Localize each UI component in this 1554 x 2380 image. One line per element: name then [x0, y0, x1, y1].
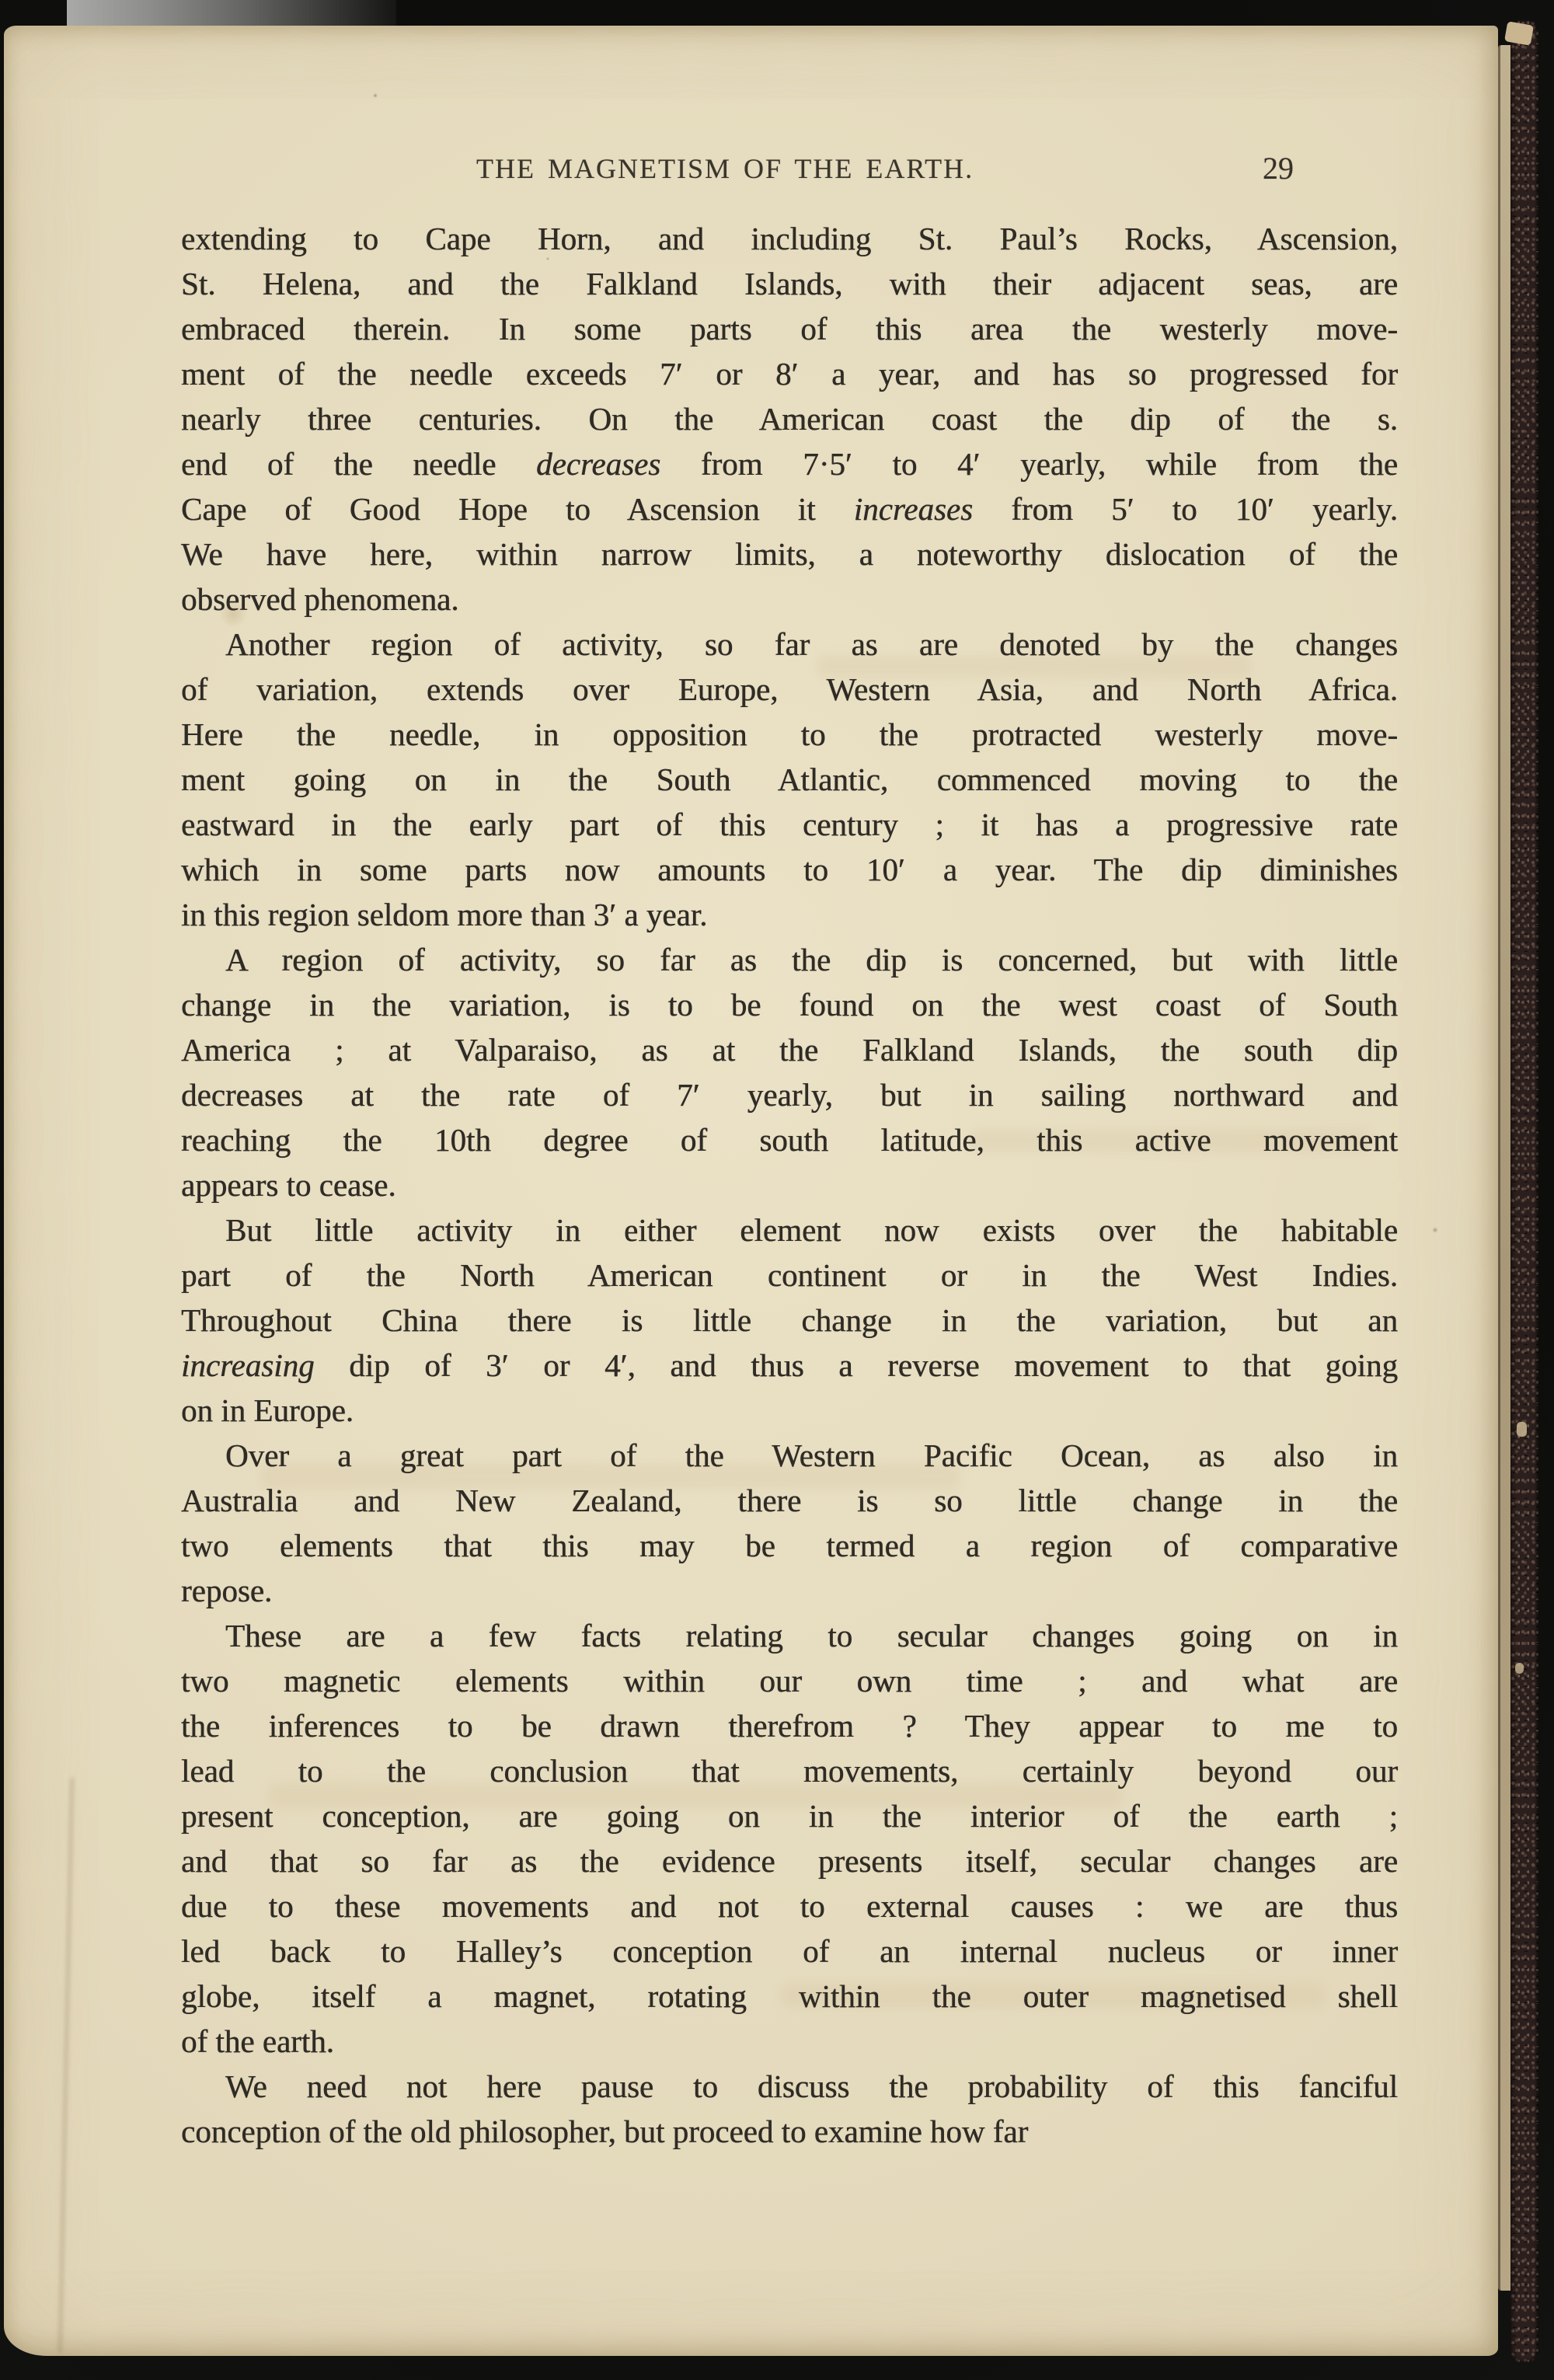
text-line: lead to the conclusion that movements, c…: [181, 1748, 1398, 1793]
text-line: reaching the 10th degree of south latitu…: [181, 1117, 1398, 1162]
book-scan: THE MAGNETISM OF THE EARTH. 29 extending…: [0, 0, 1554, 2380]
paragraph: We need not here pause to discuss the pr…: [181, 2064, 1398, 2154]
text-line: globe, itself a magnet, rotating within …: [181, 1974, 1398, 2019]
cover-chip: [1515, 1663, 1524, 1674]
text-line: decreases at the rate of 7′ yearly, but …: [181, 1072, 1398, 1117]
paragraph: But little activity in either element no…: [181, 1207, 1398, 1433]
text-line: change in the variation, is to be found …: [181, 982, 1398, 1027]
text-line: two elements that this may be termed a r…: [181, 1523, 1398, 1568]
text-line: increasing dip of 3′ or 4′, and thus a r…: [181, 1343, 1398, 1388]
text-line: St. Helena, and the Falkland Islands, wi…: [181, 261, 1398, 306]
text-line: eastward in the early part of this centu…: [181, 802, 1398, 847]
text-line: But little activity in either element no…: [181, 1207, 1398, 1253]
paragraph: Over a great part of the Western Pacific…: [181, 1433, 1398, 1613]
text-line: of variation, extends over Europe, Weste…: [181, 667, 1398, 712]
text-line: in this region seldom more than 3′ a yea…: [181, 892, 1398, 937]
text-line: Over a great part of the Western Pacific…: [181, 1433, 1398, 1478]
book-page: THE MAGNETISM OF THE EARTH. 29 extending…: [4, 26, 1498, 2356]
text-line: end of the needle decreases from 7·5′ to…: [181, 441, 1398, 486]
text-line: ment of the needle exceeds 7′ or 8′ a ye…: [181, 351, 1398, 396]
text-line: extending to Cape Horn, and including St…: [181, 216, 1398, 261]
paragraph: Another region of activity, so far as ar…: [181, 622, 1398, 937]
text-line: America ; at Valparaiso, as at the Falkl…: [181, 1027, 1398, 1072]
text-line: nearly three centuries. On the American …: [181, 396, 1398, 441]
text-line: conception of the old philosopher, but p…: [181, 2109, 1398, 2154]
text-line: These are a few facts relating to secula…: [181, 1613, 1398, 1658]
text-line: embraced therein. In some parts of this …: [181, 306, 1398, 351]
page-header: THE MAGNETISM OF THE EARTH. 29: [181, 144, 1398, 193]
page-text: extending to Cape Horn, and including St…: [181, 216, 1398, 2154]
text-line: present conception, are going on in the …: [181, 1793, 1398, 1838]
text-line: Here the needle, in opposition to the pr…: [181, 712, 1398, 757]
cover-chip: [1517, 1422, 1527, 1437]
page-crease: [58, 1778, 73, 2353]
text-line: We need not here pause to discuss the pr…: [181, 2064, 1398, 2109]
text-line: two magnetic elements within our own tim…: [181, 1658, 1398, 1703]
paragraph: A region of activity, so far as the dip …: [181, 937, 1398, 1207]
book-cover-edge: [1510, 20, 1538, 2362]
text-line: Australia and New Zealand, there is so l…: [181, 1478, 1398, 1523]
text-line: Another region of activity, so far as ar…: [181, 622, 1398, 667]
text-line: on in Europe.: [181, 1388, 1398, 1433]
text-line: led back to Halley’s conception of an in…: [181, 1929, 1398, 1974]
text-line: due to these movements and not to extern…: [181, 1883, 1398, 1929]
text-line: appears to cease.: [181, 1162, 1398, 1207]
text-line: observed phenomena.: [181, 577, 1398, 622]
text-line: the inferences to be drawn therefrom ? T…: [181, 1703, 1398, 1748]
paragraph: extending to Cape Horn, and including St…: [181, 216, 1398, 622]
page-number: 29: [1263, 144, 1294, 193]
text-line: repose.: [181, 1568, 1398, 1613]
paragraph: These are a few facts relating to secula…: [181, 1613, 1398, 2064]
text-line: and that so far as the evidence presents…: [181, 1838, 1398, 1883]
text-line: ment going on in the South Atlantic, com…: [181, 757, 1398, 802]
text-line: of the earth.: [181, 2019, 1398, 2064]
text-line: Cape of Good Hope to Ascension it increa…: [181, 486, 1398, 531]
text-line: part of the North American continent or …: [181, 1253, 1398, 1298]
text-line: We have here, within narrow limits, a no…: [181, 531, 1398, 577]
text-line: which in some parts now amounts to 10′ a…: [181, 847, 1398, 892]
binding-cloth: [67, 0, 396, 26]
text-line: A region of activity, so far as the dip …: [181, 937, 1398, 982]
text-line: Throughout China there is little change …: [181, 1298, 1398, 1343]
running-title: THE MAGNETISM OF THE EARTH.: [476, 144, 974, 193]
cover-chip: [1504, 21, 1534, 46]
